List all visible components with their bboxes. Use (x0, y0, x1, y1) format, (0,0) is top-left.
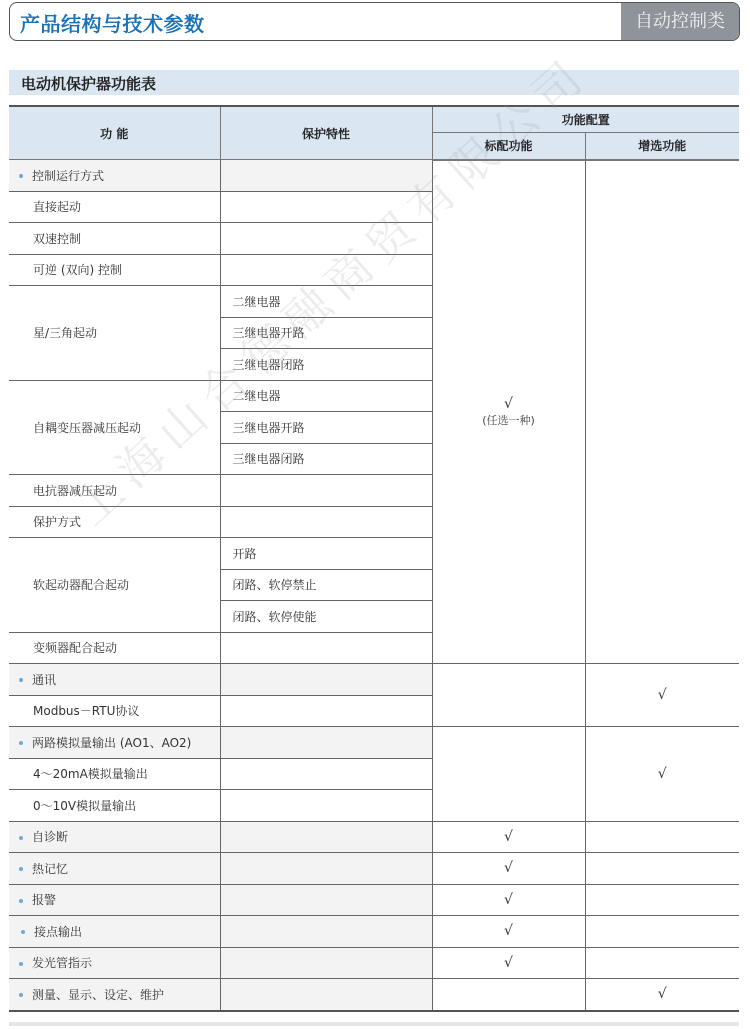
protection-cell (220, 160, 432, 192)
category-tag: 自动控制类 (621, 3, 739, 40)
standard-cell: √ (432, 947, 585, 979)
header-config: 功能配置 (432, 106, 739, 133)
header-function: 功 能 (9, 106, 220, 160)
bullet-icon (19, 993, 23, 997)
function-cell: 报警 (9, 884, 220, 916)
protection-cell (220, 191, 432, 223)
function-cell: 热记忆 (9, 853, 220, 885)
bottom-divider (9, 1022, 739, 1026)
standard-note: (任选一种) (433, 412, 585, 428)
function-cell: 可逆 (双向) 控制 (9, 254, 220, 286)
protection-cell (220, 853, 432, 885)
protection-cell: 开路 (220, 538, 432, 570)
protection-cell (220, 790, 432, 822)
function-cell: 变频器配合起动 (9, 632, 220, 664)
function-cell: 保护方式 (9, 506, 220, 538)
protection-cell (220, 695, 432, 727)
function-cell: 星/三角起动 (9, 286, 220, 381)
function-cell: 发光管指示 (9, 947, 220, 979)
optional-cell: √ (585, 979, 739, 1011)
header-protection: 保护特性 (220, 106, 432, 160)
standard-cell-comm-group (432, 664, 585, 727)
protection-cell (220, 506, 432, 538)
protection-cell (220, 979, 432, 1011)
standard-cell: √ (432, 884, 585, 916)
protection-cell (220, 727, 432, 759)
optional-cell (585, 853, 739, 885)
header-standard: 标配功能 (432, 133, 585, 160)
protection-cell: 二继电器 (220, 286, 432, 318)
page-header: 产品结构与技术参数 自动控制类 (9, 2, 740, 41)
table-row: 测量、显示、设定、维护 √ (9, 979, 739, 1011)
function-cell: 控制运行方式 (9, 160, 220, 192)
protection-cell (220, 884, 432, 916)
table-row: 通讯 √ (9, 664, 739, 696)
function-cell: 两路模拟量输出 (AO1、AO2) (9, 727, 220, 759)
standard-cell-control-group: √ (任选一种) (432, 160, 585, 664)
function-cell: Modbus－RTU协议 (9, 695, 220, 727)
bullet-icon (19, 867, 23, 871)
standard-cell (432, 979, 585, 1011)
protection-cell: 二继电器 (220, 380, 432, 412)
protection-cell: 闭路、软停使能 (220, 601, 432, 633)
bullet-icon (19, 836, 23, 840)
page-title: 产品结构与技术参数 (20, 8, 205, 37)
function-cell: 测量、显示、设定、维护 (9, 979, 220, 1011)
protection-cell (220, 947, 432, 979)
function-cell: 自诊断 (9, 821, 220, 853)
function-cell: 电抗器减压起动 (9, 475, 220, 507)
optional-cell-comm-group: √ (585, 664, 739, 727)
protection-cell: 三继电器闭路 (220, 443, 432, 475)
optional-cell (585, 947, 739, 979)
function-cell: 通讯 (9, 664, 220, 696)
table-row: 自诊断 √ (9, 821, 739, 853)
bullet-icon (19, 741, 23, 745)
bullet-icon (19, 962, 23, 966)
protection-cell: 三继电器开路 (220, 412, 432, 444)
optional-cell (585, 821, 739, 853)
table-row: 发光管指示 √ (9, 947, 739, 979)
protection-cell: 闭路、软停禁止 (220, 569, 432, 601)
section-title-bar: 电动机保护器功能表 (9, 70, 739, 95)
protection-cell (220, 254, 432, 286)
bullet-icon (21, 930, 25, 934)
protection-cell: 三继电器闭路 (220, 349, 432, 381)
protection-cell (220, 475, 432, 507)
optional-cell (585, 916, 739, 948)
header-optional: 增选功能 (585, 133, 739, 160)
protection-cell (220, 758, 432, 790)
standard-cell: √ (432, 916, 585, 948)
standard-cell: √ (432, 853, 585, 885)
function-cell: 双速控制 (9, 223, 220, 255)
function-cell: 4～20mA模拟量输出 (9, 758, 220, 790)
protection-cell: 三继电器开路 (220, 317, 432, 349)
protection-cell (220, 223, 432, 255)
optional-cell (585, 884, 739, 916)
standard-cell-analog-group (432, 727, 585, 822)
bullet-icon (19, 678, 23, 682)
bullet-icon (19, 899, 23, 903)
protection-cell (220, 821, 432, 853)
protection-cell (220, 664, 432, 696)
check-icon: √ (504, 396, 513, 412)
table-row: 两路模拟量输出 (AO1、AO2) √ (9, 727, 739, 759)
table-row: 接点输出 √ (9, 916, 739, 948)
section-title: 电动机保护器功能表 (21, 73, 156, 94)
function-cell: 0～10V模拟量输出 (9, 790, 220, 822)
standard-cell: √ (432, 821, 585, 853)
bullet-icon (19, 174, 23, 178)
function-cell: 直接起动 (9, 191, 220, 223)
table-row: 报警 √ (9, 884, 739, 916)
function-cell: 接点输出 (9, 916, 220, 948)
table-row: 控制运行方式 √ (任选一种) (9, 160, 739, 192)
table-row: 热记忆 √ (9, 853, 739, 885)
optional-cell-analog-group: √ (585, 727, 739, 822)
function-cell: 自耦变压器减压起动 (9, 380, 220, 475)
protection-cell (220, 632, 432, 664)
function-cell: 软起动器配合起动 (9, 538, 220, 633)
optional-cell-control-group (585, 160, 739, 664)
function-table: 功 能 保护特性 功能配置 标配功能 增选功能 控制运行方式 √ (任选一种) … (9, 105, 739, 1012)
protection-cell (220, 916, 432, 948)
